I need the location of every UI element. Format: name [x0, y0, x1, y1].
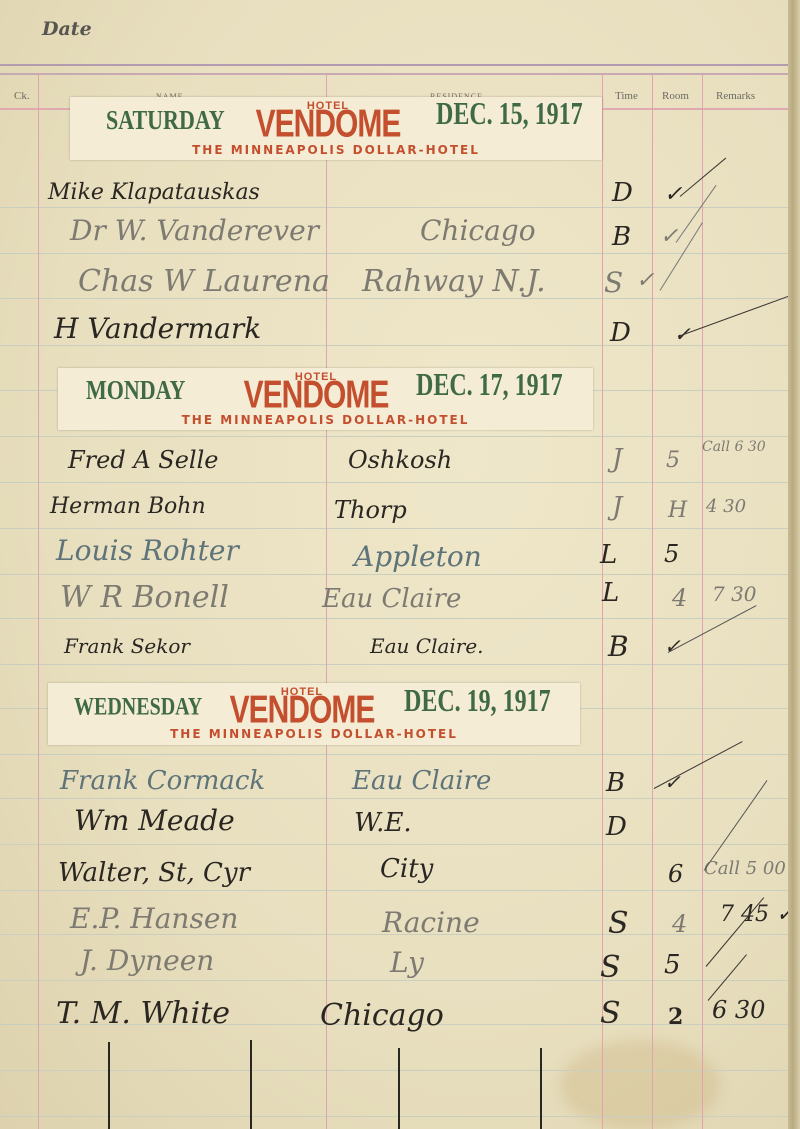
time-value: D [606, 812, 627, 842]
guest-name: T. M. White [56, 996, 230, 1031]
guest-name: J. Dyneen [80, 944, 214, 977]
guest-name: Wm Meade [74, 804, 235, 837]
guest-residence: City [380, 854, 433, 884]
column-divider [652, 74, 653, 1129]
ruled-line [0, 436, 788, 437]
ruled-line [0, 207, 788, 208]
ruled-line [0, 1116, 788, 1117]
room-value: 5 [666, 448, 680, 473]
guest-name: H Vandermark [54, 312, 261, 345]
guest-residence: Ly [390, 946, 424, 979]
room-value: 4 [672, 910, 687, 938]
date-banner-monday: MONDAY HOTEL VENDOME DEC. 17, 1917 THE M… [58, 368, 593, 430]
date-banner-wednesday: WEDNESDAY HOTEL VENDOME DEC. 19, 1917 TH… [48, 683, 580, 745]
column-divider [702, 74, 703, 1129]
pen-stroke [250, 1040, 252, 1129]
hotel-logo: HOTEL VENDOME [240, 101, 416, 138]
time-value: S [600, 950, 621, 985]
guest-residence: Chicago [320, 998, 444, 1033]
banner-tagline: THE MINNEAPOLIS DOLLAR-HOTEL [58, 413, 593, 427]
remarks-value: Call 6 30 [702, 440, 772, 454]
ruled-line [0, 618, 788, 619]
guest-residence: Appleton [354, 540, 482, 573]
pen-stroke [108, 1042, 110, 1129]
guest-residence: Eau Claire. [370, 634, 484, 658]
time-value: B [606, 768, 625, 798]
pen-stroke [398, 1048, 400, 1129]
book-spine-edge [788, 0, 800, 1129]
guest-name: E.P. Hansen [70, 902, 238, 935]
header-rule [0, 73, 788, 75]
guest-name: W R Bonell [60, 580, 229, 615]
check-stroke [668, 605, 757, 653]
hotel-name: VENDOME [240, 108, 416, 142]
ruled-line [0, 253, 788, 254]
room-value: H [668, 498, 687, 523]
banner-date: DEC. 17, 1917 [416, 369, 563, 404]
ruled-line [0, 528, 788, 529]
guest-name: Mike Klapatauskas [48, 180, 260, 205]
header-rule [0, 64, 788, 66]
column-divider [38, 74, 39, 1129]
ruled-line [0, 890, 788, 891]
guest-name: Walter, St, Cyr [58, 858, 250, 888]
guest-name: Herman Bohn [50, 494, 206, 519]
guest-name: Louis Rohter [56, 534, 239, 567]
time-value: D [612, 178, 633, 208]
room-value: 5 [664, 950, 681, 980]
hotel-logo: HOTEL VENDOME [228, 372, 404, 409]
ruled-line [0, 664, 788, 665]
guest-residence: Chicago [420, 214, 536, 247]
time-value: B [608, 630, 629, 663]
remarks-value: 6 30 [712, 996, 765, 1024]
ruled-line [0, 482, 788, 483]
guest-residence: Eau Claire [352, 766, 491, 796]
guest-residence: Thorp [334, 496, 407, 524]
time-value: D [610, 318, 631, 348]
ruled-line [0, 1070, 788, 1071]
guest-name: Fred A Selle [68, 446, 218, 474]
column-header-ck: Ck. [14, 90, 30, 102]
ruled-line [0, 574, 788, 575]
column-header-time: Time [615, 90, 638, 102]
check-stroke [708, 954, 747, 1001]
check-stroke [654, 741, 743, 789]
time-value: J [612, 444, 622, 474]
time-value: S [600, 996, 621, 1031]
guest-residence: Rahway N.J. [362, 264, 546, 299]
guest-residence: Racine [382, 906, 480, 939]
room-value: 5 [664, 540, 679, 568]
ruled-line [0, 798, 788, 799]
ruled-line [0, 754, 788, 755]
guest-name: Dr W. Vanderever [70, 214, 319, 247]
date-label: Date [42, 18, 92, 40]
room-value: 6 [668, 860, 683, 888]
banner-day: SATURDAY [106, 104, 225, 137]
banner-tagline: THE MINNEAPOLIS DOLLAR-HOTEL [48, 727, 580, 741]
time-value: S [604, 266, 623, 299]
room-value: ✓ [636, 268, 654, 293]
guest-name: Chas W Laurena [78, 264, 330, 299]
room-value: ✓ [660, 224, 678, 249]
guest-residence: Eau Claire [322, 584, 461, 614]
pen-stroke [540, 1048, 542, 1129]
check-stroke [678, 295, 791, 337]
time-value: S [608, 906, 629, 941]
time-value: J [612, 492, 622, 522]
banner-date: DEC. 19, 1917 [404, 685, 551, 720]
guest-name: Frank Sekor [64, 634, 190, 658]
time-value: L [600, 540, 617, 570]
column-header-room: Room [662, 90, 689, 102]
remarks-value: 7 30 [712, 582, 757, 606]
ruled-line [0, 345, 788, 346]
hotel-name: VENDOME [214, 694, 390, 728]
guest-residence: Oshkosh [348, 446, 452, 474]
room-value: 2 [668, 1004, 683, 1030]
room-value: 4 [672, 584, 687, 612]
guest-residence: W.E. [354, 808, 412, 838]
banner-tagline: THE MINNEAPOLIS DOLLAR-HOTEL [70, 143, 602, 157]
hotel-logo: HOTEL VENDOME [214, 687, 390, 724]
ruled-line [0, 844, 788, 845]
date-banner-saturday: SATURDAY HOTEL VENDOME DEC. 15, 1917 THE… [70, 97, 602, 160]
column-header-remarks: Remarks [716, 90, 755, 102]
ruled-line [0, 980, 788, 981]
hotel-name: VENDOME [228, 379, 404, 413]
time-value: B [612, 222, 631, 252]
banner-date: DEC. 15, 1917 [436, 98, 583, 133]
banner-day: MONDAY [86, 374, 185, 407]
remarks-value: 4 30 [706, 496, 746, 517]
ledger-page: Date Ck. NAME RESIDENCE Time Room Remark… [0, 0, 788, 1129]
remarks-value: Call 5 00 [704, 858, 786, 879]
time-value: L [602, 578, 619, 608]
guest-name: Frank Cormack [60, 766, 265, 796]
banner-day: WEDNESDAY [74, 693, 202, 722]
